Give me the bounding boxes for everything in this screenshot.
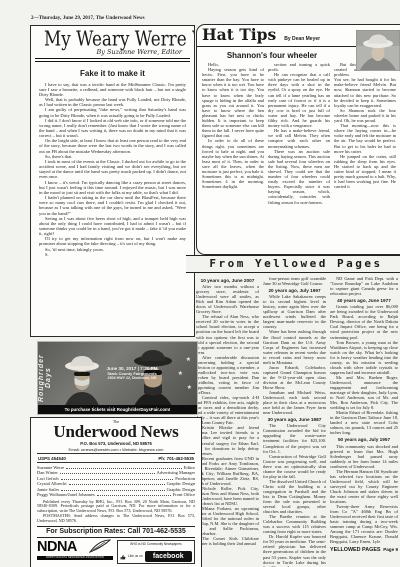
usps-number: USPS 454540	[38, 456, 66, 461]
decade-subhead: 40 years ago, June 1977	[330, 298, 398, 303]
phone-number: Ph: 701-462-5535	[158, 456, 194, 461]
body-paragraph: He can recognize that a calf with pinkey…	[268, 72, 330, 128]
body-paragraph: I took in most of the events at the Clas…	[39, 159, 186, 180]
decade-subhead: 20 years ago, July 1997	[263, 288, 326, 293]
yellowed-column-1: 10 years ago, June 2007After two months …	[196, 276, 259, 567]
body-paragraph: I am guilty of perpetuating "fake news,"…	[39, 107, 186, 117]
roughrider-days-ad: Roughrider Days ★ ★ ★ June 30, 2017 | 7:…	[37, 341, 198, 415]
body-paragraph: Construction of Westridge Golf Course wa…	[263, 454, 326, 479]
body-paragraph: On the bright side, at least I know that…	[39, 138, 186, 153]
ndna-leaf-icon	[89, 539, 111, 553]
body-paragraph: Tom Brower, a young man at the Washburn …	[330, 340, 398, 375]
column-byline: By Dean Meyer	[284, 36, 320, 42]
decade-subhead: 10 years ago, June 2007	[196, 278, 259, 283]
dotted-leader	[66, 468, 182, 469]
ad-ticket-banner: To purchase tickets visit RoughriderDays…	[38, 405, 197, 414]
facebook-wordmark: facebook	[145, 551, 192, 562]
body-paragraph: Grants totaling just over $6,000 are bei…	[330, 304, 398, 339]
publisher-info: Published every Thursday by BHG, Inc., P…	[37, 500, 195, 524]
body-paragraph: Well, that is probably because the band …	[39, 97, 186, 107]
body-paragraph: S.	[39, 252, 186, 257]
body-paragraph: Nichole Roller, Pick City, Allison Ness …	[196, 486, 259, 506]
star-decoration: ★	[187, 384, 192, 391]
body-paragraph: Kristin Blotske and friend Emma Lee invi…	[196, 425, 259, 455]
body-paragraph: Mr. and Mrs. Rueben Boger, Underwood, an…	[330, 375, 398, 410]
body-paragraph: This community was shocked and grieved t…	[330, 444, 398, 469]
masthead-title: Underwood News	[37, 424, 195, 440]
like-us-label: Like us on	[128, 555, 143, 558]
hat-tips-column: Hat Tips By Dean Meyer Shannon's four wh…	[196, 24, 400, 255]
divider-rule	[37, 462, 195, 463]
article-column-1: Hello,Haying season gets kind of hectic.…	[202, 62, 264, 249]
body-paragraph: He jumped on the cutter, still rubbing t…	[334, 154, 396, 190]
star-decoration: ★	[178, 370, 183, 377]
body-paragraph: Twenty-three Army Reservists from Co "A"…	[330, 504, 398, 544]
yellowed-pages-banner: From Yellowed Pages	[186, 255, 400, 273]
body-paragraph: Carnival rides, top-notch 4-H and FFA ex…	[196, 395, 259, 425]
body-paragraph: In order to do all of these things right…	[202, 138, 264, 189]
body-paragraph: Milana Forhant, an upcoming senior at Un…	[196, 506, 259, 536]
dotted-leader	[60, 473, 155, 474]
ad-figure-white-hat	[62, 352, 102, 408]
ad-event-details: June 30, 2017 | 7:30 PM Stark County Fai…	[90, 366, 174, 380]
body-paragraph: So Shannon took the four wheeler home an…	[334, 108, 396, 123]
body-paragraph: The Buethe reunion at the Coleharbor Com…	[263, 514, 326, 534]
body-paragraph: After two months without a grocery store…	[196, 284, 259, 314]
decade-subhead: 30 years ago, June 1987	[263, 417, 326, 422]
body-paragraph: section and turning a quick profit.	[268, 62, 330, 72]
masthead-contact: Email: urnews@westriv.com • Website: bhg…	[37, 447, 195, 452]
body-paragraph: The refusal of Alan Ness, who received 2…	[196, 314, 259, 354]
article-headline: Shannon's four wheeler	[197, 51, 347, 60]
body-paragraph: The Underwood City Commission awarded th…	[263, 423, 326, 453]
jump-label: YELLOWED PAGES	[330, 547, 381, 553]
article-headline: Fake it to make it	[31, 69, 194, 78]
body-paragraph: Water has been rushing through the flood…	[263, 329, 326, 364]
body-paragraph: The Comet Kids Childcare Center is holdi…	[196, 536, 259, 546]
body-paragraph: I did it. I don't know if I looked at ol…	[39, 118, 186, 139]
staff-role: Front Office	[173, 492, 195, 498]
facebook-promo-box: BHG is ND Community Newspapers Like us o…	[117, 540, 195, 564]
masthead-box: The Underwood News P.O. Box 573, Underwo…	[30, 417, 202, 567]
divider-rule	[35, 58, 190, 62]
body-paragraph: Recent graduates from UND in Grand Forks…	[196, 456, 259, 486]
body-paragraph: four-person team golf scramble June 30 a…	[263, 276, 326, 286]
decade-subhead: 50 years ago, July 1957	[330, 437, 398, 442]
bhg-caption: BHG is ND Community Newspapers	[120, 542, 192, 546]
body-paragraph: Jonathan and Michael Weiss, Underwood, e…	[263, 390, 326, 415]
ndna-subtitle: NORTH DAKOTA NEWSPAPER ASSOCIATION	[37, 556, 113, 560]
published-text: Published every Thursday by BHG, Inc., P…	[37, 500, 195, 514]
article-column-3: But this created a problem. You see, he …	[334, 62, 396, 249]
body-paragraph: ND Game and Fish Dept. with a "Goose Rou…	[330, 276, 398, 296]
postmaster-text: POSTMASTER: Send address changes to The …	[37, 514, 195, 524]
staff-name: Peggy Wolbaum/Janel Johannes	[37, 492, 95, 498]
ndna-logo: NDNA NORTH DAKOTA NEWSPAPER ASSOCIATION	[37, 540, 113, 564]
ad-address: 2503 HWY 22, Dickinson, ND	[90, 376, 174, 380]
masthead-address: P.O. Box 573, Underwood, ND 58576	[37, 441, 195, 446]
body-paragraph: I have to say, that was a terrific band …	[39, 82, 186, 97]
staff-list: Suzanne WerreEditorDan WinterAdvertising…	[37, 465, 195, 499]
yellowed-column-3: ND Game and Fish Dept. with a "Goose Rou…	[330, 276, 398, 567]
dotted-leader	[69, 484, 165, 485]
body-paragraph: Haying season gets kind of hectic. First…	[202, 67, 264, 138]
column-title: Hat Tips	[202, 25, 276, 44]
body-paragraph: Seeing as I was about five beers short o…	[39, 216, 186, 237]
dotted-leader	[61, 479, 174, 480]
star-decoration: ★	[186, 356, 191, 363]
body-paragraph: Dr. Harold Kupfer was honored for 50 yea…	[263, 534, 326, 567]
thumbs-up-icon	[120, 554, 126, 560]
body-paragraph: After considerable discussion concerning…	[196, 355, 259, 395]
body-paragraph: The dissolved United Church of Christ so…	[263, 479, 326, 514]
body-paragraph: While Lake Sakakawea creeps to its secon…	[263, 294, 326, 329]
body-paragraph: I hadn't planned on taking in the car sh…	[39, 195, 186, 216]
body-paragraph: I know – it's weird. I'm typically danci…	[39, 180, 186, 195]
body-paragraph: That morning—now this is where the hayin…	[334, 123, 396, 154]
article-column-2: section and turning a quick profit.He ca…	[268, 62, 330, 249]
body-paragraph: Jason Erhardt, Coleharbor, captured Gran…	[263, 365, 326, 390]
page-header-line: 2—Thursday, June 29, 2017, The Underwood…	[31, 16, 145, 21]
jump-line: YELLOWED PAGES Page 9	[330, 547, 398, 553]
body-paragraph: I'll try to get my information right fro…	[39, 236, 186, 246]
newspaper-page: 2—Thursday, June 29, 2017, The Underwood…	[0, 0, 400, 567]
divider-rule	[37, 453, 195, 454]
body-paragraph: There was an auction sale during haying …	[268, 149, 330, 205]
dotted-leader	[61, 490, 165, 491]
staff-row: Peggy Wolbaum/Janel JohannesFront Office	[37, 492, 195, 498]
body-paragraph: He has a make-believe friend, we will ca…	[268, 128, 330, 148]
body-paragraph: Martin Erhart of Riverdale, fishing in t…	[330, 410, 398, 435]
weary-werre-world-column: My Weary Werre World By Suzanne Werre, E…	[30, 25, 195, 337]
photo-wrap-spacer	[356, 62, 396, 74]
yellowed-column-2: four-person team golf scramble June 30 a…	[263, 276, 326, 567]
ad-side-logo-text: Roughrider Days	[38, 344, 51, 412]
dotted-leader	[97, 495, 171, 496]
column-title: My Weary Werre World	[44, 28, 181, 50]
body-paragraph: The Herman Hanson Oil Syndicate has sele…	[330, 469, 398, 504]
jump-page-number: Page 9	[383, 547, 398, 552]
article-body: I have to say, that was a terrific band …	[31, 78, 194, 257]
subscription-rates-line: For Subscription Rates: Call 701-462-553…	[37, 526, 195, 538]
